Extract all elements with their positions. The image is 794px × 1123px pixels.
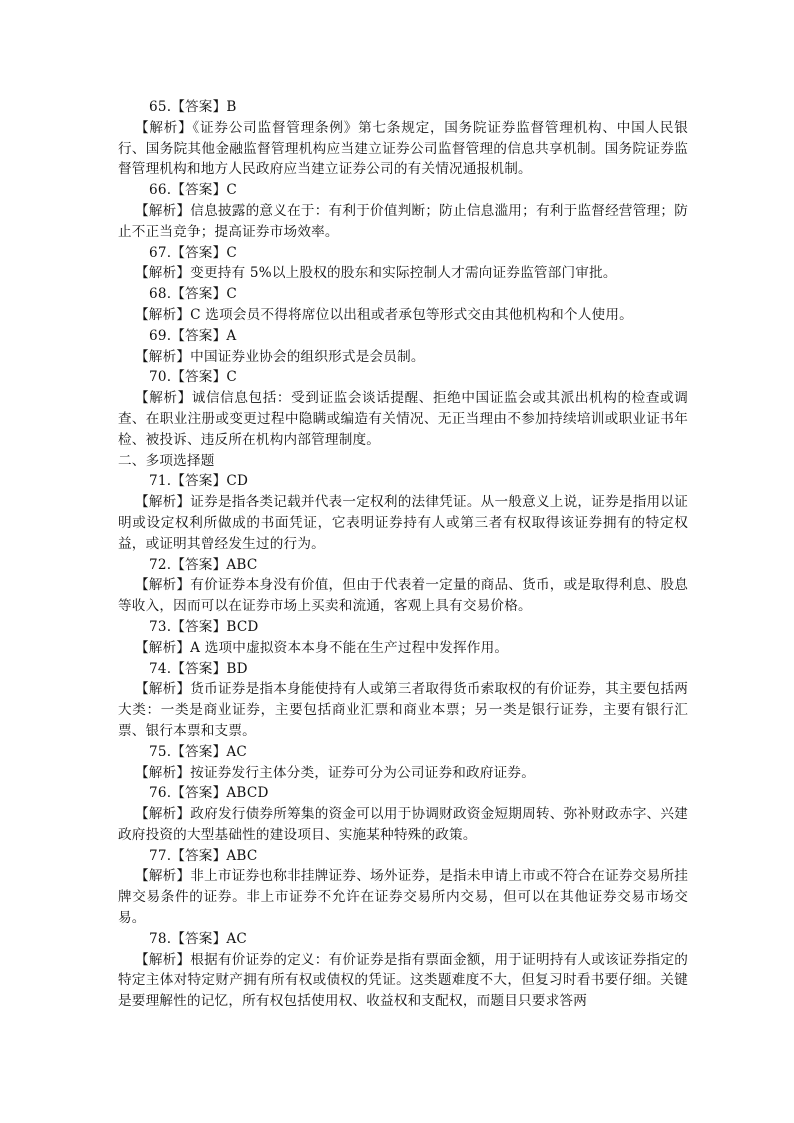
answer-71: 71.【答案】CD bbox=[118, 471, 688, 492]
explanation-75: 【解析】按证券发行主体分类，证券可分为公司证券和政府证券。 bbox=[118, 763, 688, 784]
explanation-71: 【解析】证券是指各类记载并代表一定权利的法律凭证。从一般意义上说，证券是指用以证… bbox=[118, 492, 688, 554]
answer-73: 73.【答案】BCD bbox=[118, 617, 688, 638]
explanation-65: 【解析】《证券公司监督管理条例》第七条规定，国务院证券监督管理机构、中国人民银行… bbox=[118, 118, 688, 180]
answer-75: 75.【答案】AC bbox=[118, 742, 688, 763]
explanation-73: 【解析】A 选项中虚拟资本本身不能在生产过程中发挥作用。 bbox=[118, 638, 688, 659]
answer-78: 78.【答案】AC bbox=[118, 929, 688, 950]
explanation-74: 【解析】货币证券是指本身能使持有人或第三者取得货币索取权的有价证券，其主要包括两… bbox=[118, 679, 688, 741]
explanation-76: 【解析】政府发行债券所筹集的资金可以用于协调财政资金短期周转、弥补财政赤字、兴建… bbox=[118, 804, 688, 846]
answer-76: 76.【答案】ABCD bbox=[118, 783, 688, 804]
section-heading-multiple-choice: 二、多项选择题 bbox=[118, 451, 688, 472]
explanation-72: 【解析】有价证券本身没有价值，但由于代表着一定量的商品、货币，或是取得利息、股息… bbox=[118, 575, 688, 617]
explanation-69: 【解析】中国证券业协会的组织形式是会员制。 bbox=[118, 347, 688, 368]
document-page: 65.【答案】B 【解析】《证券公司监督管理条例》第七条规定，国务院证券监督管理… bbox=[118, 97, 688, 1012]
explanation-77: 【解析】非上市证券也称非挂牌证券、场外证券，是指未申请上市或不符合在证券交易所挂… bbox=[118, 866, 688, 928]
answer-72: 72.【答案】ABC bbox=[118, 555, 688, 576]
explanation-68: 【解析】C 选项会员不得将席位以出租或者承包等形式交由其他机构和个人使用。 bbox=[118, 305, 688, 326]
explanation-70: 【解析】诚信信息包括：受到证监会谈话提醒、拒绝中国证监会或其派出机构的检查或调查… bbox=[118, 388, 688, 450]
explanation-67: 【解析】变更持有 5%以上股权的股东和实际控制人才需向证券监管部门审批。 bbox=[118, 263, 688, 284]
answer-74: 74.【答案】BD bbox=[118, 659, 688, 680]
answer-67: 67.【答案】C bbox=[118, 243, 688, 264]
answer-77: 77.【答案】ABC bbox=[118, 846, 688, 867]
answer-69: 69.【答案】A bbox=[118, 326, 688, 347]
explanation-66: 【解析】信息披露的意义在于：有利于价值判断；防止信息滥用；有利于监督经营管理；防… bbox=[118, 201, 688, 243]
answer-70: 70.【答案】C bbox=[118, 367, 688, 388]
explanation-78: 【解析】根据有价证券的定义：有价证券是指有票面金额，用于证明持有人或该证券指定的… bbox=[118, 950, 688, 1012]
answer-66: 66.【答案】C bbox=[118, 180, 688, 201]
answer-68: 68.【答案】C bbox=[118, 284, 688, 305]
answer-65: 65.【答案】B bbox=[118, 97, 688, 118]
